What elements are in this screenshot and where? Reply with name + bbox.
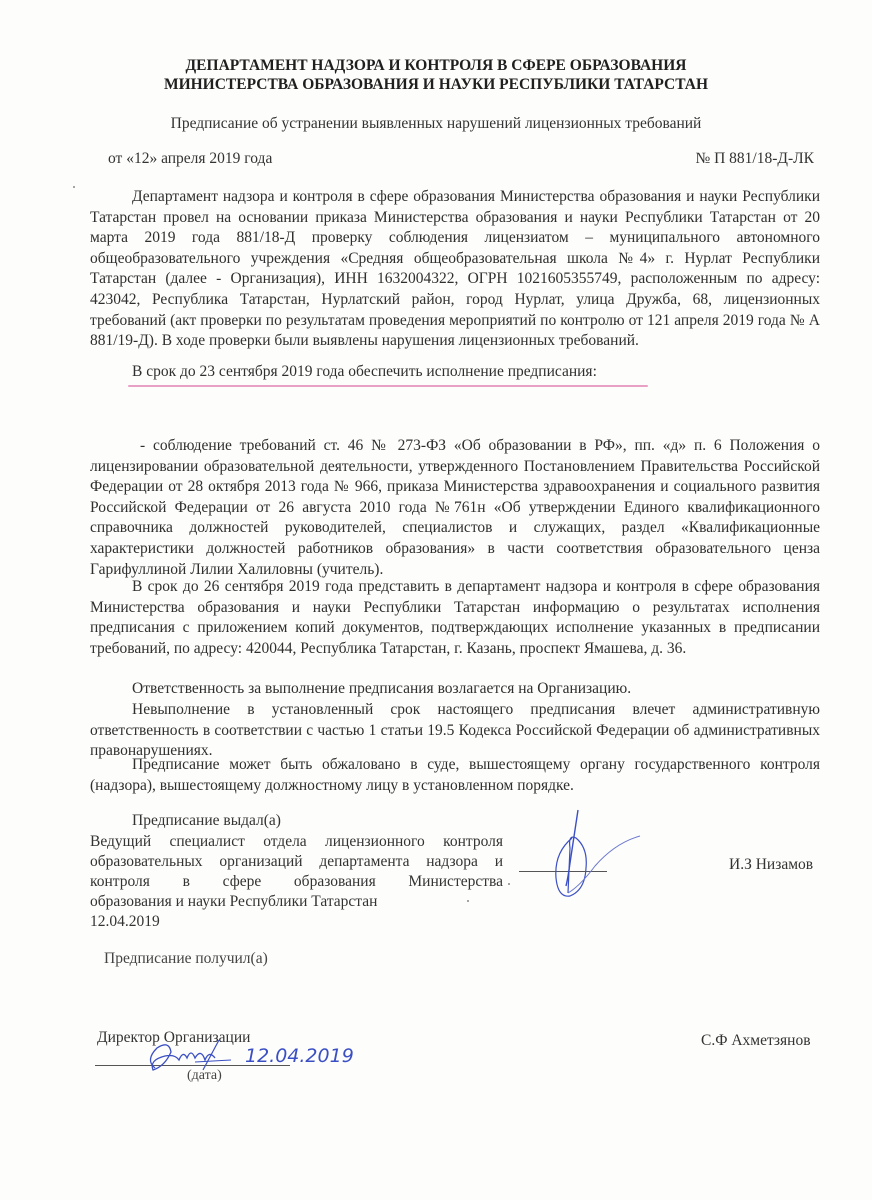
issuer-signature-icon	[540, 808, 650, 908]
paragraph-inspection-summary: Департамент надзора и контроля в сфере о…	[90, 187, 820, 352]
issuer-position-line3: контроля в сфере образования Министерств…	[90, 872, 503, 892]
handwritten-date-icon: 12.04.2019	[243, 1040, 373, 1070]
document-title: Предписание об устранении выявленных нар…	[0, 115, 872, 133]
handwritten-date: 12.04.2019	[245, 1045, 354, 1067]
recipient-name: С.Ф Ахметзянов	[701, 1032, 811, 1050]
issuer-name: И.З Низамов	[729, 856, 813, 874]
requirements-text: - соблюдение требований ст. 46 № 273-ФЗ …	[90, 436, 820, 580]
department-header-line2: МИНИСТЕРСТВА ОБРАЗОВАНИЯ И НАУКИ РЕСПУБЛ…	[0, 75, 872, 94]
date-caption: (дата)	[187, 1068, 222, 1084]
scan-speck	[467, 900, 469, 902]
paragraph-non-compliance: Невыполнение в установленный срок настоя…	[90, 700, 820, 762]
issuer-position-line4: образования и науки Республики Татарстан	[90, 892, 503, 912]
issuer-position-line2: образовательных организаций департамента…	[90, 852, 503, 872]
document-date: от «12» апреля 2019 года	[108, 150, 272, 168]
paragraph-appeal: Предписание может быть обжаловано в суде…	[90, 755, 820, 796]
scan-speck	[73, 186, 75, 188]
issuer-date: 12.04.2019	[90, 912, 503, 932]
document-number: № П 881/18-Д-ЛК	[695, 150, 814, 168]
department-header-line1: ДЕПАРТАМЕНТ НАДЗОРА И КОНТРОЛЯ В СФЕРЕ О…	[0, 56, 872, 75]
highlight-underline	[128, 385, 648, 387]
paragraph-responsibility: Ответственность за выполнение предписани…	[90, 679, 820, 700]
issued-by-label: Предписание выдал(а)	[132, 812, 281, 830]
paragraph-report-deadline: В срок до 26 сентября 2019 года представ…	[90, 577, 820, 659]
paragraph-deadline-compliance: В срок до 23 сентября 2019 года обеспечи…	[90, 362, 820, 383]
document-page: ДЕПАРТАМЕНТ НАДЗОРА И КОНТРОЛЯ В СФЕРЕ О…	[0, 0, 872, 1200]
received-by-label: Предписание получил(а)	[104, 950, 268, 968]
issuer-position: Ведущий специалист отдела лицензионного …	[90, 832, 503, 932]
issuer-position-line1: Ведущий специалист отдела лицензионного …	[90, 832, 503, 852]
scan-speck	[508, 883, 510, 885]
paragraph-requirements: - соблюдение требований ст. 46 № 273-ФЗ …	[90, 436, 820, 580]
